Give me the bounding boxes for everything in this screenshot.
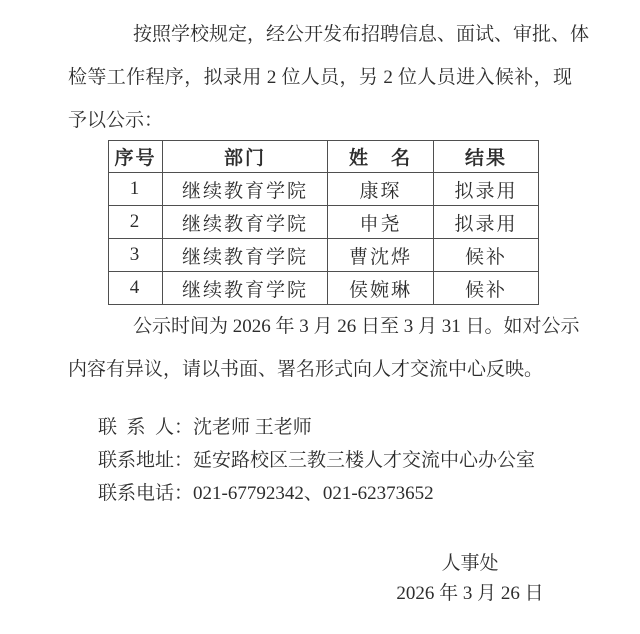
table-row: 1 继续教育学院 康琛 拟录用 — [109, 173, 539, 206]
table-row: 4 继续教育学院 侯婉琳 候补 — [109, 272, 539, 305]
contact-address-line: 联系地址：延安路校区三教三楼人才交流中心办公室 — [98, 444, 572, 477]
cell-name: 曹沈烨 — [328, 239, 434, 272]
notice-line-2: 内容有异议，请以书面、署名形式向人才交流中心反映。 — [68, 348, 572, 391]
cell-department: 继续教育学院 — [163, 239, 328, 272]
cell-name: 康琛 — [328, 173, 434, 206]
intro-paragraph: 按照学校规定，经公开发布招聘信息、面试、审批、体 检等工作程序，拟录用 2 位人… — [68, 13, 572, 142]
col-header-name: 姓 名 — [328, 141, 434, 173]
intro-line-1: 按照学校规定，经公开发布招聘信息、面试、审批、体 — [68, 13, 572, 56]
cell-result: 候补 — [434, 239, 539, 272]
cell-number: 1 — [109, 173, 163, 206]
signature-date: 2026 年 3 月 26 日 — [340, 579, 600, 609]
cell-number: 3 — [109, 239, 163, 272]
intro-line-2: 检等工作程序，拟录用 2 位人员，另 2 位人员进入候补，现 — [68, 56, 572, 99]
cell-department: 继续教育学院 — [163, 206, 328, 239]
contact-phone-line: 联系电话：021-67792342、021-62373652 — [98, 477, 572, 510]
col-header-number: 序号 — [109, 141, 163, 173]
table-row: 2 继续教育学院 申尧 拟录用 — [109, 206, 539, 239]
signature-block: 人事处 2026 年 3 月 26 日 — [340, 549, 600, 609]
cell-department: 继续教育学院 — [163, 272, 328, 305]
cell-result: 拟录用 — [434, 173, 539, 206]
results-table: 序号 部门 姓 名 结果 1 继续教育学院 康琛 拟录用 2 继续教育学院 申尧… — [108, 140, 539, 305]
intro-line-3: 予以公示： — [68, 99, 572, 142]
notice-line-1: 公示时间为 2026 年 3 月 26 日至 3 月 31 日。如对公示 — [68, 305, 572, 348]
cell-department: 继续教育学院 — [163, 173, 328, 206]
cell-name: 申尧 — [328, 206, 434, 239]
col-header-result: 结果 — [434, 141, 539, 173]
contact-person-line: 联 系 人：沈老师 王老师 — [98, 411, 572, 444]
cell-result: 候补 — [434, 272, 539, 305]
notice-period-paragraph: 公示时间为 2026 年 3 月 26 日至 3 月 31 日。如对公示 内容有… — [68, 305, 572, 391]
table-row: 3 继续教育学院 曹沈烨 候补 — [109, 239, 539, 272]
cell-number: 2 — [109, 206, 163, 239]
col-header-department: 部门 — [163, 141, 328, 173]
contact-info: 联 系 人：沈老师 王老师 联系地址：延安路校区三教三楼人才交流中心办公室 联系… — [98, 411, 572, 510]
cell-number: 4 — [109, 272, 163, 305]
notice-document: 按照学校规定，经公开发布招聘信息、面试、审批、体 检等工作程序，拟录用 2 位人… — [0, 0, 640, 634]
table-header-row: 序号 部门 姓 名 结果 — [109, 141, 539, 173]
cell-name: 侯婉琳 — [328, 272, 434, 305]
signature-department: 人事处 — [340, 549, 600, 579]
cell-result: 拟录用 — [434, 206, 539, 239]
